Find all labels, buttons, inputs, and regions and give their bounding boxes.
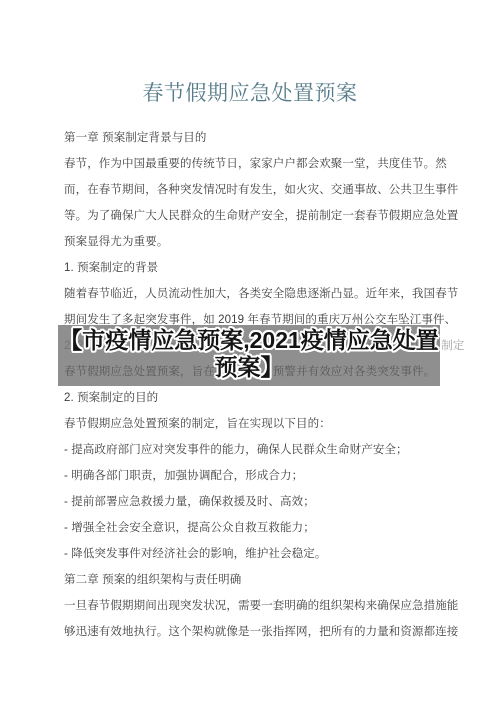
text-line: - 明确各部门职责，加强协调配合，形成合力； (64, 463, 440, 489)
text-line: 而，在春节期间，各种突发情况时有发生，如火灾、交通事故、公共卫生事件 (64, 177, 440, 203)
document-title: 春节假期应急处置预案 (0, 81, 500, 107)
text-line: 春节，作为中国最重要的传统节日，家家户户都会欢聚一堂，共度佳节。然 (64, 151, 440, 177)
text-line: - 降低突发事件对经济社会的影响，维护社会稳定。 (64, 541, 440, 567)
text-line: 随着春节临近，人员流动性加大，各类安全隐患逐渐凸显。近年来，我国春节 (64, 281, 440, 307)
text-line: 一旦春节假期期间出现突发状况，需要一套明确的组织架构来确保应急措施能 (64, 593, 440, 619)
watermark-line: 【市疫情应急预案,2021疫情应急处置 (58, 327, 440, 354)
watermark-text: 【市疫情应急预案,2021疫情应急处置预案】 (58, 325, 440, 381)
text-line: 够迅速有效地执行。这个架构就像是一张指挥网，把所有的力量和资源都连接 (64, 619, 440, 645)
text-line: 等。为了确保广大人民群众的生命财产安全，提前制定一套春节假期应急处置 (64, 203, 440, 229)
text-line: 第二章 预案的组织架构与责任明确 (64, 567, 440, 593)
text-line: - 提高政府部门应对突发事件的能力，确保人民群众生命财产安全； (64, 437, 440, 463)
watermark-line: 预案】 (58, 354, 440, 381)
text-line: 2. 预案制定的目的 (64, 385, 440, 411)
text-line: 春节假期应急处置预案的制定，旨在实现以下目的： (64, 411, 440, 437)
text-line: 第一章 预案制定背景与目的 (64, 125, 440, 151)
text-line: 预案显得尤为重要。 (64, 229, 440, 255)
document-page: 春节假期应急处置预案 第一章 预案制定背景与目的春节，作为中国最重要的传统节日，… (0, 0, 500, 706)
text-line: - 提前部署应急救援力量，确保救援及时、高效； (64, 489, 440, 515)
text-line: 1. 预案制定的背景 (64, 255, 440, 281)
text-line: - 增强全社会安全意识，提高公众自救互救能力； (64, 515, 440, 541)
